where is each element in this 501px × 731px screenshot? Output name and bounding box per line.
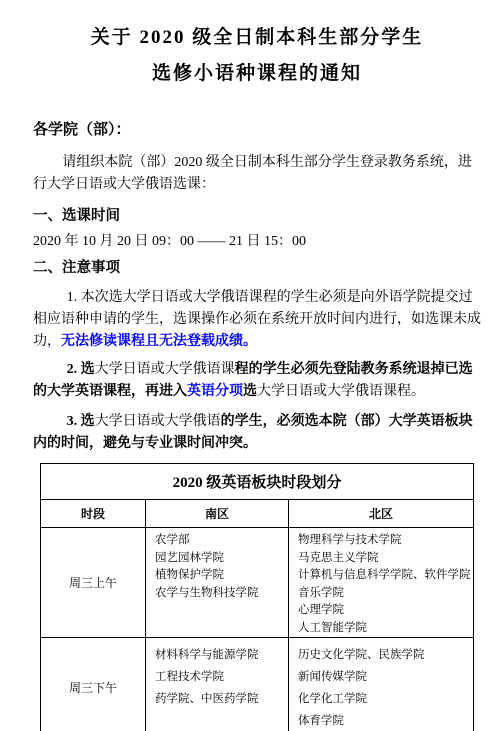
college-item: 药学院、中医药学院 — [155, 688, 284, 710]
note-2: 2. 选大学日语或大学俄语课程的学生必须先登陆教务系统退掉已选的大学英语课程，再… — [33, 359, 481, 403]
doc-title-line2: 选修小语种课程的通知 — [33, 62, 481, 86]
college-item: 化学化工学院 — [298, 688, 469, 710]
college-item: 新闻传媒学院 — [298, 666, 469, 688]
note-2-plain2: 大学日语或大学俄语课程。 — [257, 384, 425, 399]
note-3-plain1: 大学日语或大学俄语 — [95, 414, 221, 429]
note-2-highlight: 英语分项 — [187, 384, 243, 399]
table-row: 周三下午 材料科学与能源学院工程技术学院药学院、中医药学院 历史文化学院、民族学… — [41, 638, 474, 731]
salutation: 各学院（部）： — [33, 120, 481, 140]
table-row: 周三上午 农学部园艺园林学院植物保护学院农学与生物科技学院 物理科学与技术学院马… — [41, 528, 474, 638]
college-item: 工程技术学院 — [155, 666, 284, 688]
college-list-north: 物理科学与技术学院马克思主义学院计算机与信息科学学院、软件学院音乐学院心理学院人… — [289, 528, 474, 638]
period-label: 周三上午 — [41, 528, 146, 638]
notice-document: 关于 2020 级全日制本科生部分学生 选修小语种课程的通知 各学院（部）： 请… — [0, 0, 501, 731]
note-1-highlight: 无法修读课程且无法登载成绩。 — [61, 334, 257, 349]
intro-paragraph: 请组织本院（部）2020 级全日制本科生部分学生登录教务系统，进行大学日语或大学… — [33, 152, 481, 196]
note-2-plain1: 大学日语或大学俄语课 — [95, 362, 235, 377]
col-header-north: 北区 — [289, 500, 474, 528]
college-item: 音乐学院 — [298, 585, 469, 603]
college-item: 体育学院 — [298, 710, 469, 731]
col-header-south: 南区 — [146, 500, 289, 528]
college-item: 园艺园林学院 — [155, 550, 284, 568]
college-item: 物理科学与技术学院 — [298, 532, 469, 550]
period-label: 周三下午 — [41, 638, 146, 731]
college-item: 材料科学与能源学院 — [155, 644, 284, 666]
table-title: 2020 级英语板块时段划分 — [41, 464, 474, 500]
note-3: 3. 选大学日语或大学俄语的学生，必须选本院（部）大学英语板块内的时间，避免与专… — [33, 411, 481, 455]
college-list-south: 材料科学与能源学院工程技术学院药学院、中医药学院 — [146, 638, 289, 731]
note-2-bold2: 选 — [243, 384, 257, 399]
college-item: 植物保护学院 — [155, 567, 284, 585]
college-list-north: 历史文化学院、民族学院新闻传媒学院化学化工学院体育学院 — [289, 638, 474, 731]
college-item: 农学部 — [155, 532, 284, 550]
doc-title-line1: 关于 2020 级全日制本科生部分学生 — [33, 26, 481, 50]
section-heading-notes: 二、注意事项 — [33, 257, 481, 279]
note-2-prefix: 2. 选 — [67, 362, 95, 377]
college-item: 计算机与信息科学学院、软件学院 — [298, 567, 469, 585]
college-item: 历史文化学院、民族学院 — [298, 644, 469, 666]
college-item: 人工智能学院 — [298, 620, 469, 638]
section-heading-time: 一、选课时间 — [33, 205, 481, 227]
table-title-row: 2020 级英语板块时段划分 — [41, 464, 474, 500]
college-item: 马克思主义学院 — [298, 550, 469, 568]
schedule-table: 2020 级英语板块时段划分 时段 南区 北区 周三上午 农学部园艺园林学院植物… — [40, 463, 474, 731]
note-3-prefix: 3. 选 — [67, 414, 95, 429]
college-list-south: 农学部园艺园林学院植物保护学院农学与生物科技学院 — [146, 528, 289, 638]
note-1: 1. 本次选大学日语或大学俄语课程的学生必须是向外语学院提交过相应语种申请的学生… — [33, 287, 481, 353]
college-item: 农学与生物科技学院 — [155, 585, 284, 603]
col-header-period: 时段 — [41, 500, 146, 528]
table-header-row: 时段 南区 北区 — [41, 500, 474, 528]
course-selection-time: 2020 年 10 月 20 日 09：00 —— 21 日 15：00 — [33, 231, 481, 253]
college-item: 心理学院 — [298, 602, 469, 620]
